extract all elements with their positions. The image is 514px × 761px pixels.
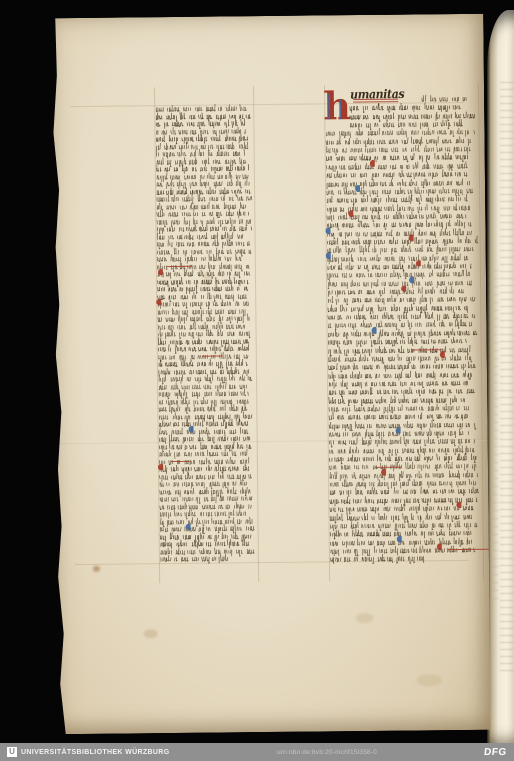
paragraph-mark-red [348, 211, 353, 218]
next-page-edge [487, 10, 514, 743]
next-page-text-showthrough [500, 82, 513, 673]
paragraph-mark-red [156, 299, 161, 306]
footer-left-group: U UNIVERSITÄTSBIBLIOTHEK WÜRZBURG [7, 747, 170, 757]
footer-bar: U UNIVERSITÄTSBIBLIOTHEK WÜRZBURG urn:nb… [0, 743, 514, 761]
script-line [161, 551, 256, 564]
paragraph-mark-blue [372, 327, 377, 334]
paragraph-mark-blue [408, 277, 413, 284]
paragraph-mark-red [437, 544, 442, 551]
paragraph-mark-red [370, 160, 375, 167]
paragraph-mark-red [158, 269, 163, 276]
text-column-right: h umanitas [326, 91, 481, 566]
parchment-stain [416, 674, 442, 686]
urn-identifier: urn:nbn:de:bvb:20-mchf15l358-0 [277, 749, 377, 756]
paragraph-mark-blue [355, 185, 360, 192]
institution-name: UNIVERSITÄTSBIBLIOTHEK WÜRZBURG [21, 749, 170, 756]
paragraph-mark-blue [325, 227, 330, 234]
paragraph-mark-blue [189, 426, 194, 433]
parchment-stain [356, 613, 374, 623]
paragraph-mark-blue [395, 427, 400, 434]
paragraph-mark-red [381, 469, 386, 476]
paragraph-mark-blue [185, 523, 190, 530]
paragraph-mark-blue [396, 536, 401, 543]
script-line [331, 550, 481, 565]
university-library-logo-icon: U [7, 747, 17, 757]
text-column-left [156, 101, 256, 565]
parchment-stain [144, 629, 158, 638]
paragraph-mark-blue [326, 252, 331, 259]
paragraph-mark-red [401, 285, 406, 292]
dfg-logo: DFG [484, 747, 508, 758]
paragraph-mark-red [408, 235, 413, 242]
manuscript-page: h umanitas [49, 14, 490, 735]
paragraph-mark-red [416, 260, 421, 267]
parchment-stain [93, 566, 100, 572]
paragraph-mark-red [158, 464, 163, 471]
paragraph-mark-red [439, 352, 444, 359]
rubric-underline [171, 461, 190, 462]
scan-viewport: h umanitas U UNIVERSITÄTSBIBLIOTHEK WÜRZ… [0, 0, 514, 761]
paragraph-mark-red [456, 502, 461, 509]
next-page-text-showthrough-2 [493, 270, 499, 600]
